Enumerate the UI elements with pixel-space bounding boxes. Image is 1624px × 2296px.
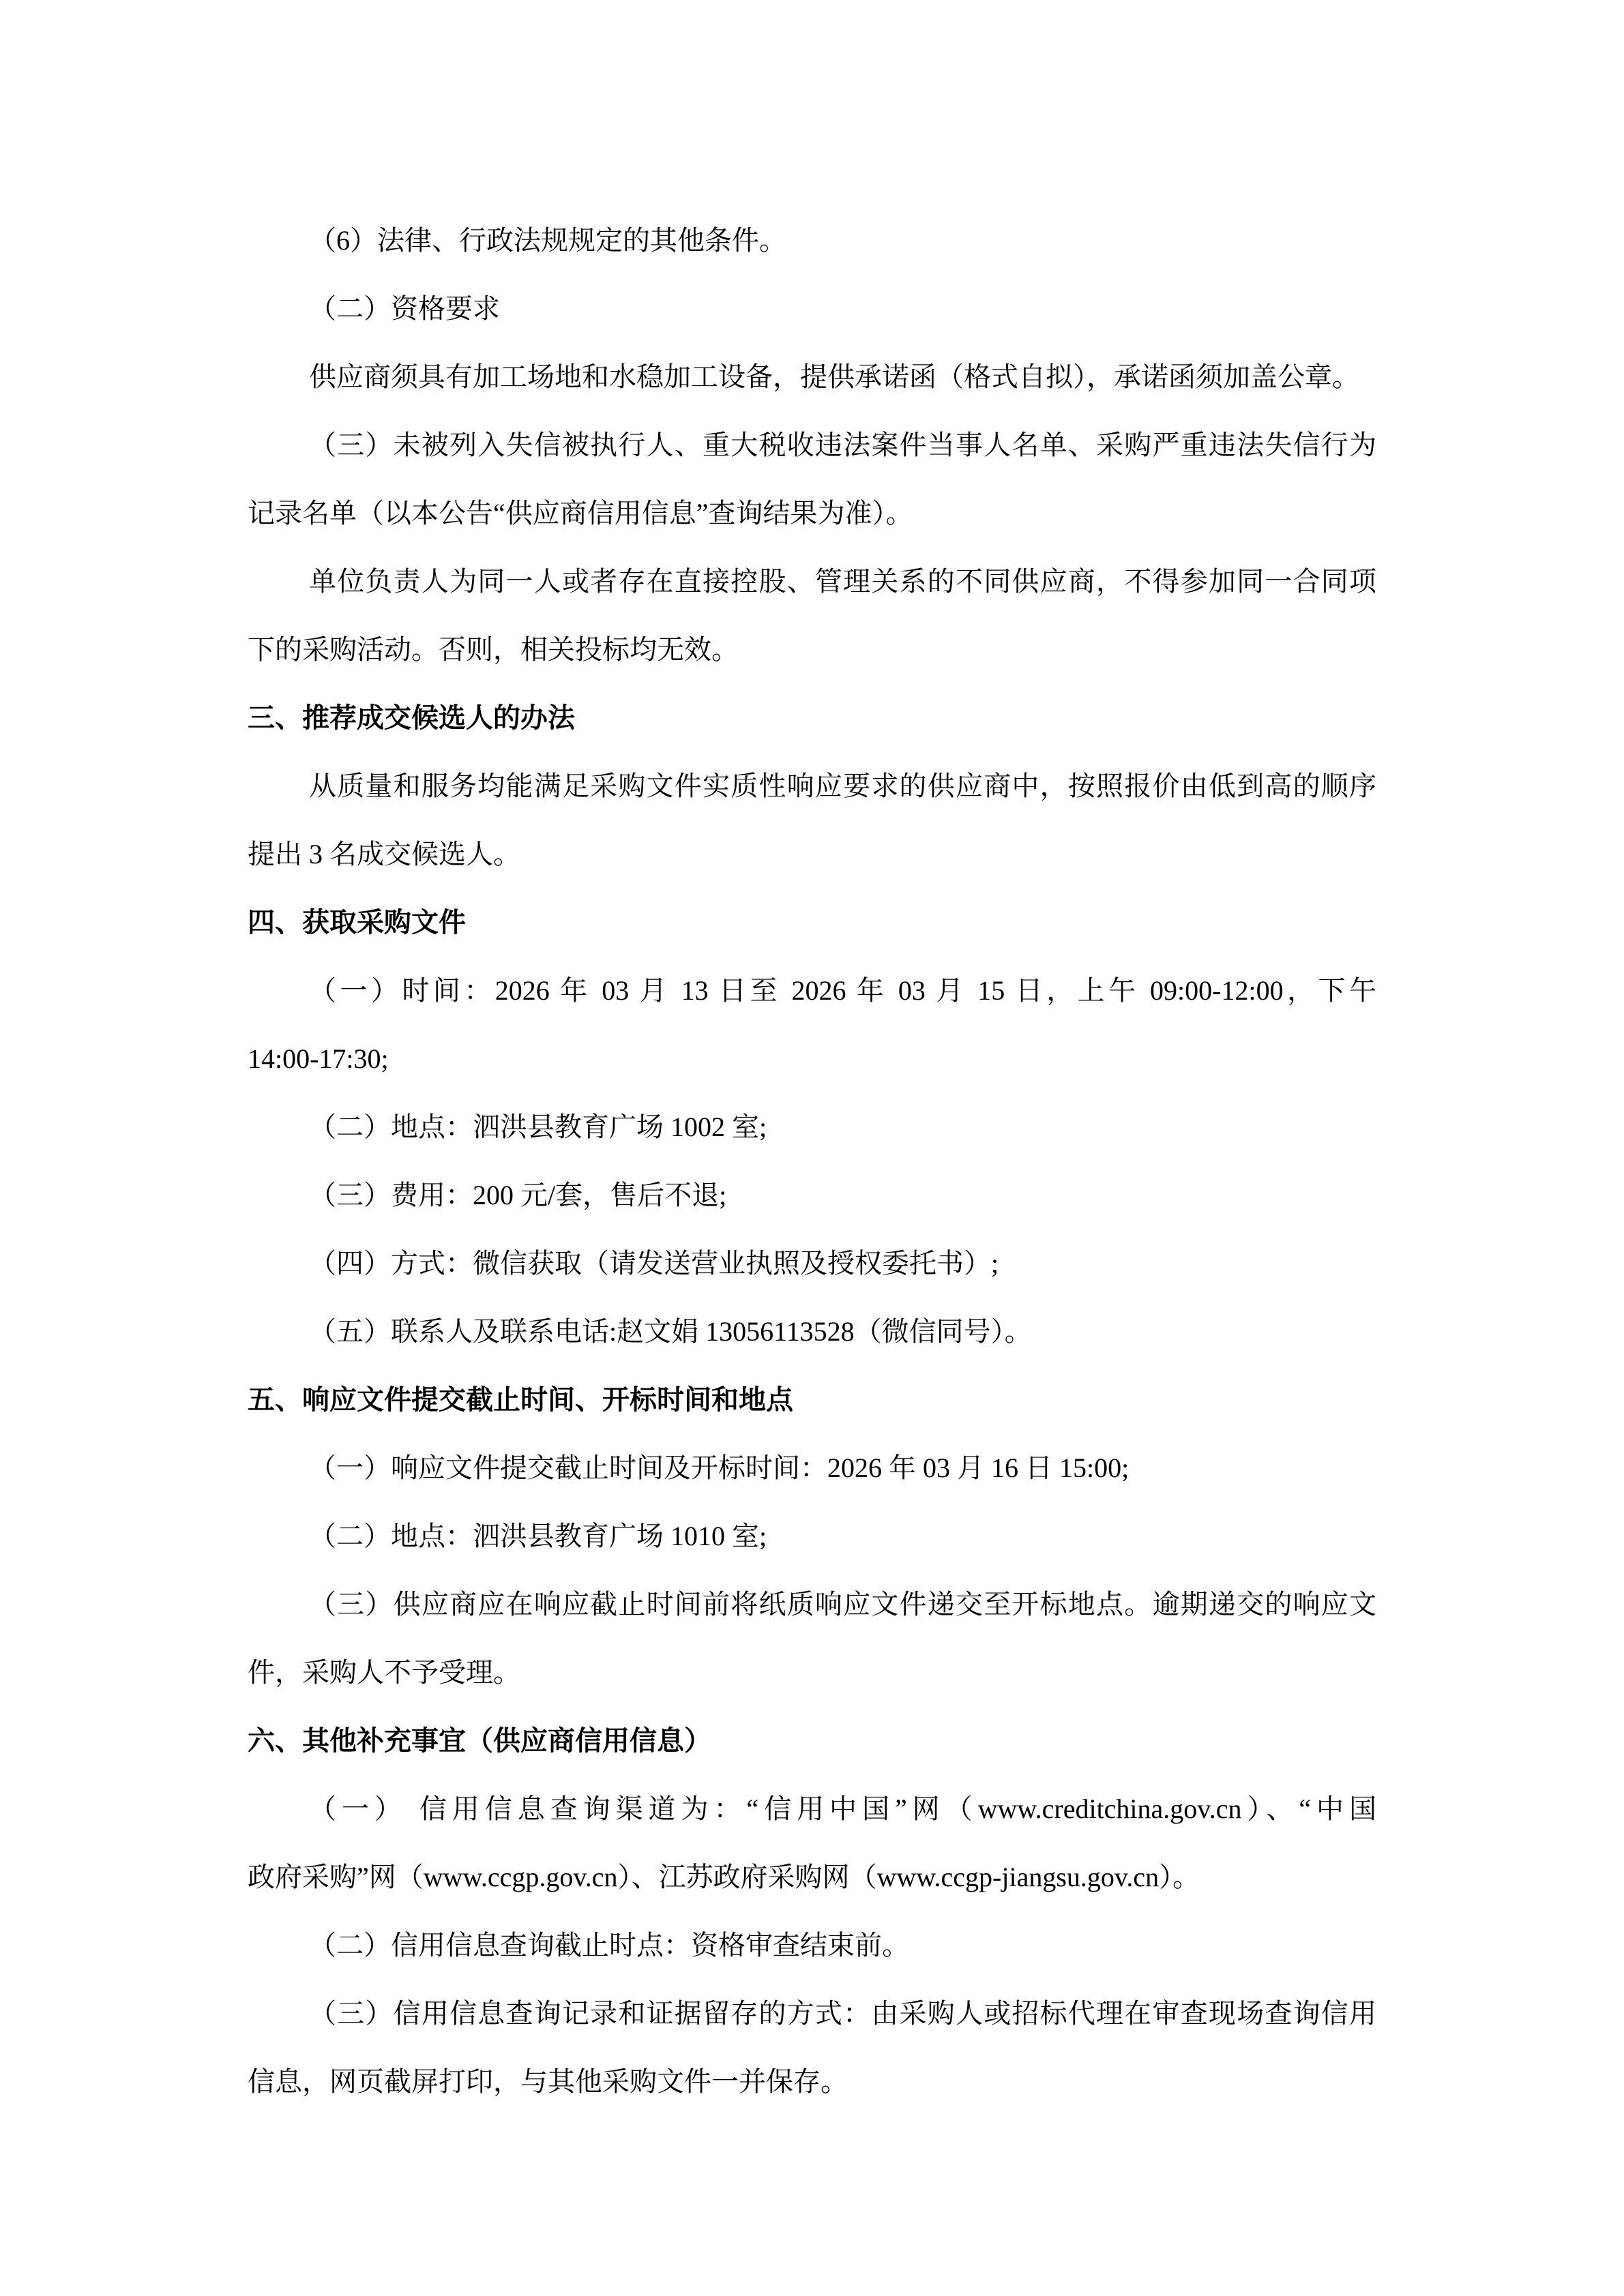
text-line-credit-list-2: 记录名单（以本公告“供应商信用信息”查询结果为准）。: [248, 479, 1376, 548]
text-line-same-principal-1: 单位负责人为同一人或者存在直接控股、管理关系的不同供应商，不得参加同一合同项: [248, 548, 1376, 616]
document-page: （6）法律、行政法规规定的其他条件。 （二）资格要求 供应商须具有加工场地和水稳…: [0, 0, 1624, 2296]
text-line-other-conditions: （6）法律、行政法规规定的其他条件。: [248, 207, 1376, 275]
text-line-submission-rule-1: （三）供应商应在响应截止时间前将纸质响应文件递交至开标地点。逾期递交的响应文: [248, 1570, 1376, 1639]
text-line-candidates-method-2: 提出 3 名成交候选人。: [248, 820, 1376, 889]
document-body: （6）法律、行政法规规定的其他条件。 （二）资格要求 供应商须具有加工场地和水稳…: [248, 207, 1376, 2116]
text-line-obtain-time-1: （一）时间：2026 年 03 月 13 日至 2026 年 03 月 15 日…: [248, 957, 1376, 1025]
text-line-credit-query-deadline: （二）信用信息查询截止时点：资格审查结束前。: [248, 1911, 1376, 1980]
text-line-same-principal-2: 下的采购活动。否则，相关投标均无效。: [248, 616, 1376, 684]
text-line-qualification-heading: （二）资格要求: [248, 275, 1376, 343]
section-heading-deadline: 五、响应文件提交截止时间、开标时间和地点: [248, 1366, 1376, 1434]
text-line-opening-location: （二）地点：泗洪县教育广场 1010 室;: [248, 1502, 1376, 1570]
text-line-credit-channels-2: 政府采购”网（www.ccgp.gov.cn）、江苏政府采购网（www.ccgp…: [248, 1843, 1376, 1911]
text-line-credit-record-2: 信息，网页截屏打印，与其他采购文件一并保存。: [248, 2048, 1376, 2116]
text-line-supplier-requirement: 供应商须具有加工场地和水稳加工设备，提供承诺函（格式自拟），承诺函须加盖公章。: [248, 343, 1376, 411]
text-line-contact-info: （五）联系人及联系电话:赵文娟 13056113528（微信同号）。: [248, 1298, 1376, 1366]
text-line-credit-record-1: （三）信用信息查询记录和证据留存的方式：由采购人或招标代理在审查现场查询信用: [248, 1980, 1376, 2048]
section-heading-candidates: 三、推荐成交候选人的办法: [248, 684, 1376, 752]
section-heading-supplement: 六、其他补充事宜（供应商信用信息）: [248, 1707, 1376, 1775]
section-heading-obtain-docs: 四、获取采购文件: [248, 889, 1376, 957]
text-line-credit-channels-1: （一） 信用信息查询渠道为：“信用中国”网（www.creditchina.go…: [248, 1775, 1376, 1843]
text-line-deadline-time: （一）响应文件提交截止时间及开标时间：2026 年 03 月 16 日 15:0…: [248, 1434, 1376, 1502]
text-line-credit-list-1: （三）未被列入失信被执行人、重大税收违法案件当事人名单、采购严重违法失信行为: [248, 411, 1376, 479]
text-line-obtain-location: （二）地点：泗洪县教育广场 1002 室;: [248, 1093, 1376, 1161]
text-line-obtain-time-2: 14:00-17:30;: [248, 1025, 1376, 1093]
text-line-obtain-fee: （三）费用：200 元/套，售后不退;: [248, 1161, 1376, 1229]
text-line-submission-rule-2: 件，采购人不予受理。: [248, 1639, 1376, 1707]
text-line-obtain-method: （四）方式：微信获取（请发送营业执照及授权委托书）;: [248, 1229, 1376, 1298]
text-line-candidates-method-1: 从质量和服务均能满足采购文件实质性响应要求的供应商中，按照报价由低到高的顺序: [248, 752, 1376, 820]
